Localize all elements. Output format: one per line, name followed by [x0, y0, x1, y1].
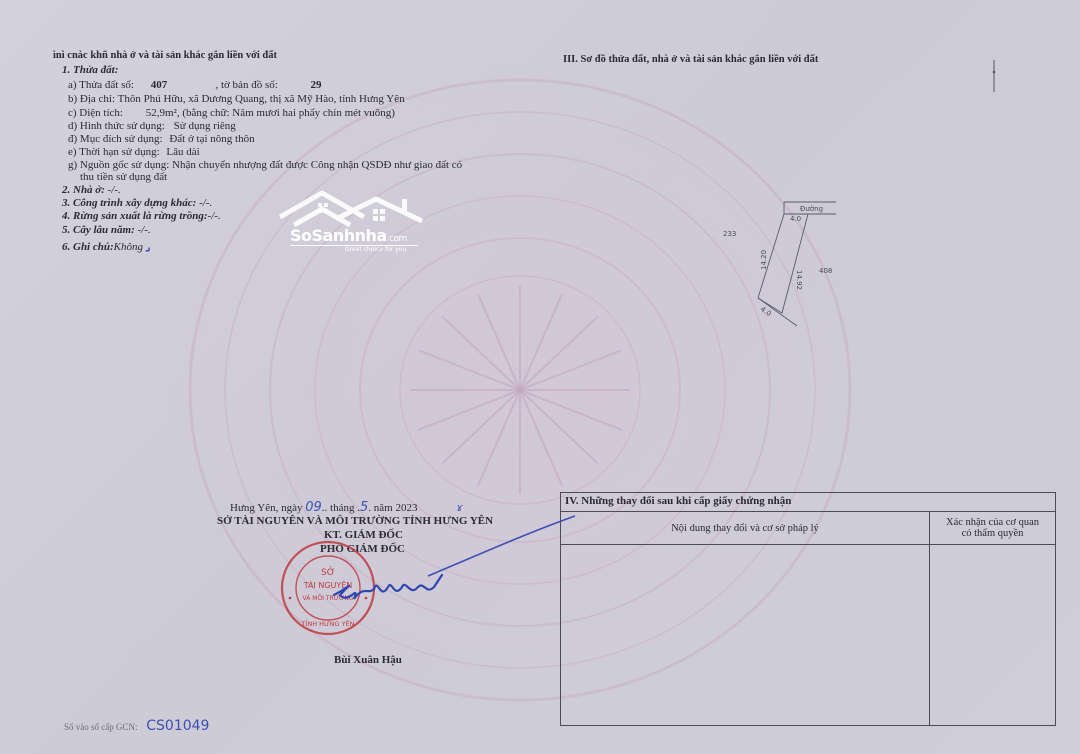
item-value: -/-. [137, 224, 150, 236]
road-label: Đường [800, 205, 823, 213]
usage-form-row: d) Hình thức sử dụng: Sử dụng riêng [68, 120, 236, 132]
origin-row: g) Nguồn gốc sử dụng: Nhận chuyển nhượng… [68, 159, 462, 171]
watermark-brand: SoSanhnha.com [290, 226, 407, 245]
map-sheet-label: , tờ bản đồ số: [215, 79, 277, 91]
svg-text:14.92: 14.92 [795, 270, 803, 290]
watermark-tagline: Great choice for you [345, 246, 406, 253]
origin-value-line2: thu tiền sử dụng đất [80, 171, 167, 183]
register-label: Số vào sổ cấp GCN: [64, 722, 138, 732]
item-label: 5. Cây lâu năm: [62, 224, 135, 236]
item-value: -/-. [208, 210, 221, 222]
register-number-row: Số vào sổ cấp GCN: CS01049 [64, 718, 209, 734]
diagram-section-title: III. Sơ đồ thửa đất, nhà ở và tài sản kh… [563, 54, 818, 65]
svg-text:TỈNH HƯNG YÊN: TỈNH HƯNG YÊN [300, 619, 354, 628]
svg-text:408: 408 [819, 267, 832, 275]
term-label: e) Thời hạn sử dụng: [68, 146, 160, 158]
purpose-label: đ) Mục đích sử dụng: [68, 133, 163, 145]
item-value: -/-. [199, 197, 212, 209]
item-label: 3. Công trình xây dựng khác: [62, 197, 196, 209]
svg-text:14.20: 14.20 [760, 250, 768, 270]
handwritten-signature [330, 565, 450, 615]
term-row: e) Thời hạn sử dụng: Lâu dài [68, 146, 200, 158]
issue-month: 5 [360, 500, 368, 515]
item-label: 6. Ghi chú: [62, 241, 114, 253]
usage-form-label: d) Hình thức sử dụng: [68, 120, 165, 132]
note-item: 6. Ghi chú:Không⌟ [62, 239, 151, 253]
svg-text:233: 233 [723, 230, 736, 238]
address-value: Thôn Phú Hữu, xã Dương Quang, thị xã Mỹ … [118, 93, 405, 105]
register-number: CS01049 [146, 718, 209, 734]
year-label: năm 2023 [374, 502, 418, 514]
north-arrow-icon [992, 60, 996, 92]
column-change-content: Nội dung thay đổi và cơ sở pháp lý [561, 512, 930, 545]
checkmark-icon: ⌟ [145, 239, 151, 253]
map-sheet-number: 29 [281, 79, 322, 91]
signer-name: Bùi Xuân Hậu [334, 654, 402, 666]
house-item: 2. Nhà ở: -/-. [62, 184, 121, 196]
place-date-prefix: Hưng Yên, ngày [230, 502, 302, 514]
change-content-cell [561, 545, 930, 726]
purpose-value: Đất ở tại nông thôn [165, 133, 254, 145]
plot-number: 407 [137, 79, 213, 91]
area-row: c) Diện tích: 52,9m², (bằng chữ: Năm mươ… [68, 107, 395, 119]
changes-section-title: IV. Những thay đổi sau khi cấp giấy chứn… [561, 493, 1056, 512]
address-row: b) Địa chỉ: Thôn Phú Hữu, xã Dương Quang… [68, 93, 405, 105]
plot-diagram: Đường 4.0 233 408 14.20 14.92 4.0 [700, 190, 870, 340]
term-value: Lâu dài [162, 146, 199, 158]
land-title: 1. Thửa đất: [62, 64, 118, 76]
item-value: -/-. [108, 184, 121, 196]
area-label: c) Diện tích: [68, 107, 123, 119]
item-value: Không [114, 241, 143, 253]
watermark-tld: .com [387, 234, 407, 244]
perennial-tree-item: 5. Cây lâu năm: -/-. [62, 224, 151, 236]
usage-form-value: Sử dụng riêng [168, 120, 236, 132]
authority-confirmation-cell [930, 545, 1056, 726]
watermark-brand-name: SoSanhnha [290, 226, 387, 245]
plot-number-label: a) Thửa đất số: [68, 79, 134, 91]
svg-text:4.0: 4.0 [790, 215, 801, 223]
issue-day: 09 [305, 500, 322, 515]
plot-number-row: a) Thửa đất số: 407 , tờ bản đồ số: 29 [68, 79, 322, 91]
column-authority-line1: Xác nhận của cơ quan [946, 517, 1039, 528]
column-authority-line2: có thẩm quyền [962, 528, 1024, 539]
address-label: b) Địa chỉ: [68, 93, 115, 105]
other-construction-item: 3. Công trình xây dựng khác: -/-. [62, 197, 212, 209]
item-label: 4. Rừng sản xuất là rừng trồng: [62, 210, 208, 222]
origin-value-line1: Nhận chuyển nhượng đất được Công nhận QS… [172, 159, 462, 171]
origin-label: g) Nguồn gốc sử dụng: [68, 159, 169, 171]
month-label: tháng [330, 502, 354, 514]
section-header-partial: ìnì cnàc khñ nhà ở và tài sản khác gắn l… [53, 50, 277, 61]
column-authority-confirmation: Xác nhận của cơ quan có thẩm quyền [930, 512, 1056, 545]
production-forest-item: 4. Rừng sản xuất là rừng trồng:-/-. [62, 210, 221, 222]
changes-table: IV. Những thay đổi sau khi cấp giấy chứn… [560, 492, 1056, 726]
item-label: 2. Nhà ở: [62, 184, 105, 196]
area-value: 52,9m², (bằng chữ: Năm mươi hai phẩy chí… [126, 107, 395, 119]
purpose-row: đ) Mục đích sử dụng: Đất ở tại nông thôn [68, 133, 255, 145]
